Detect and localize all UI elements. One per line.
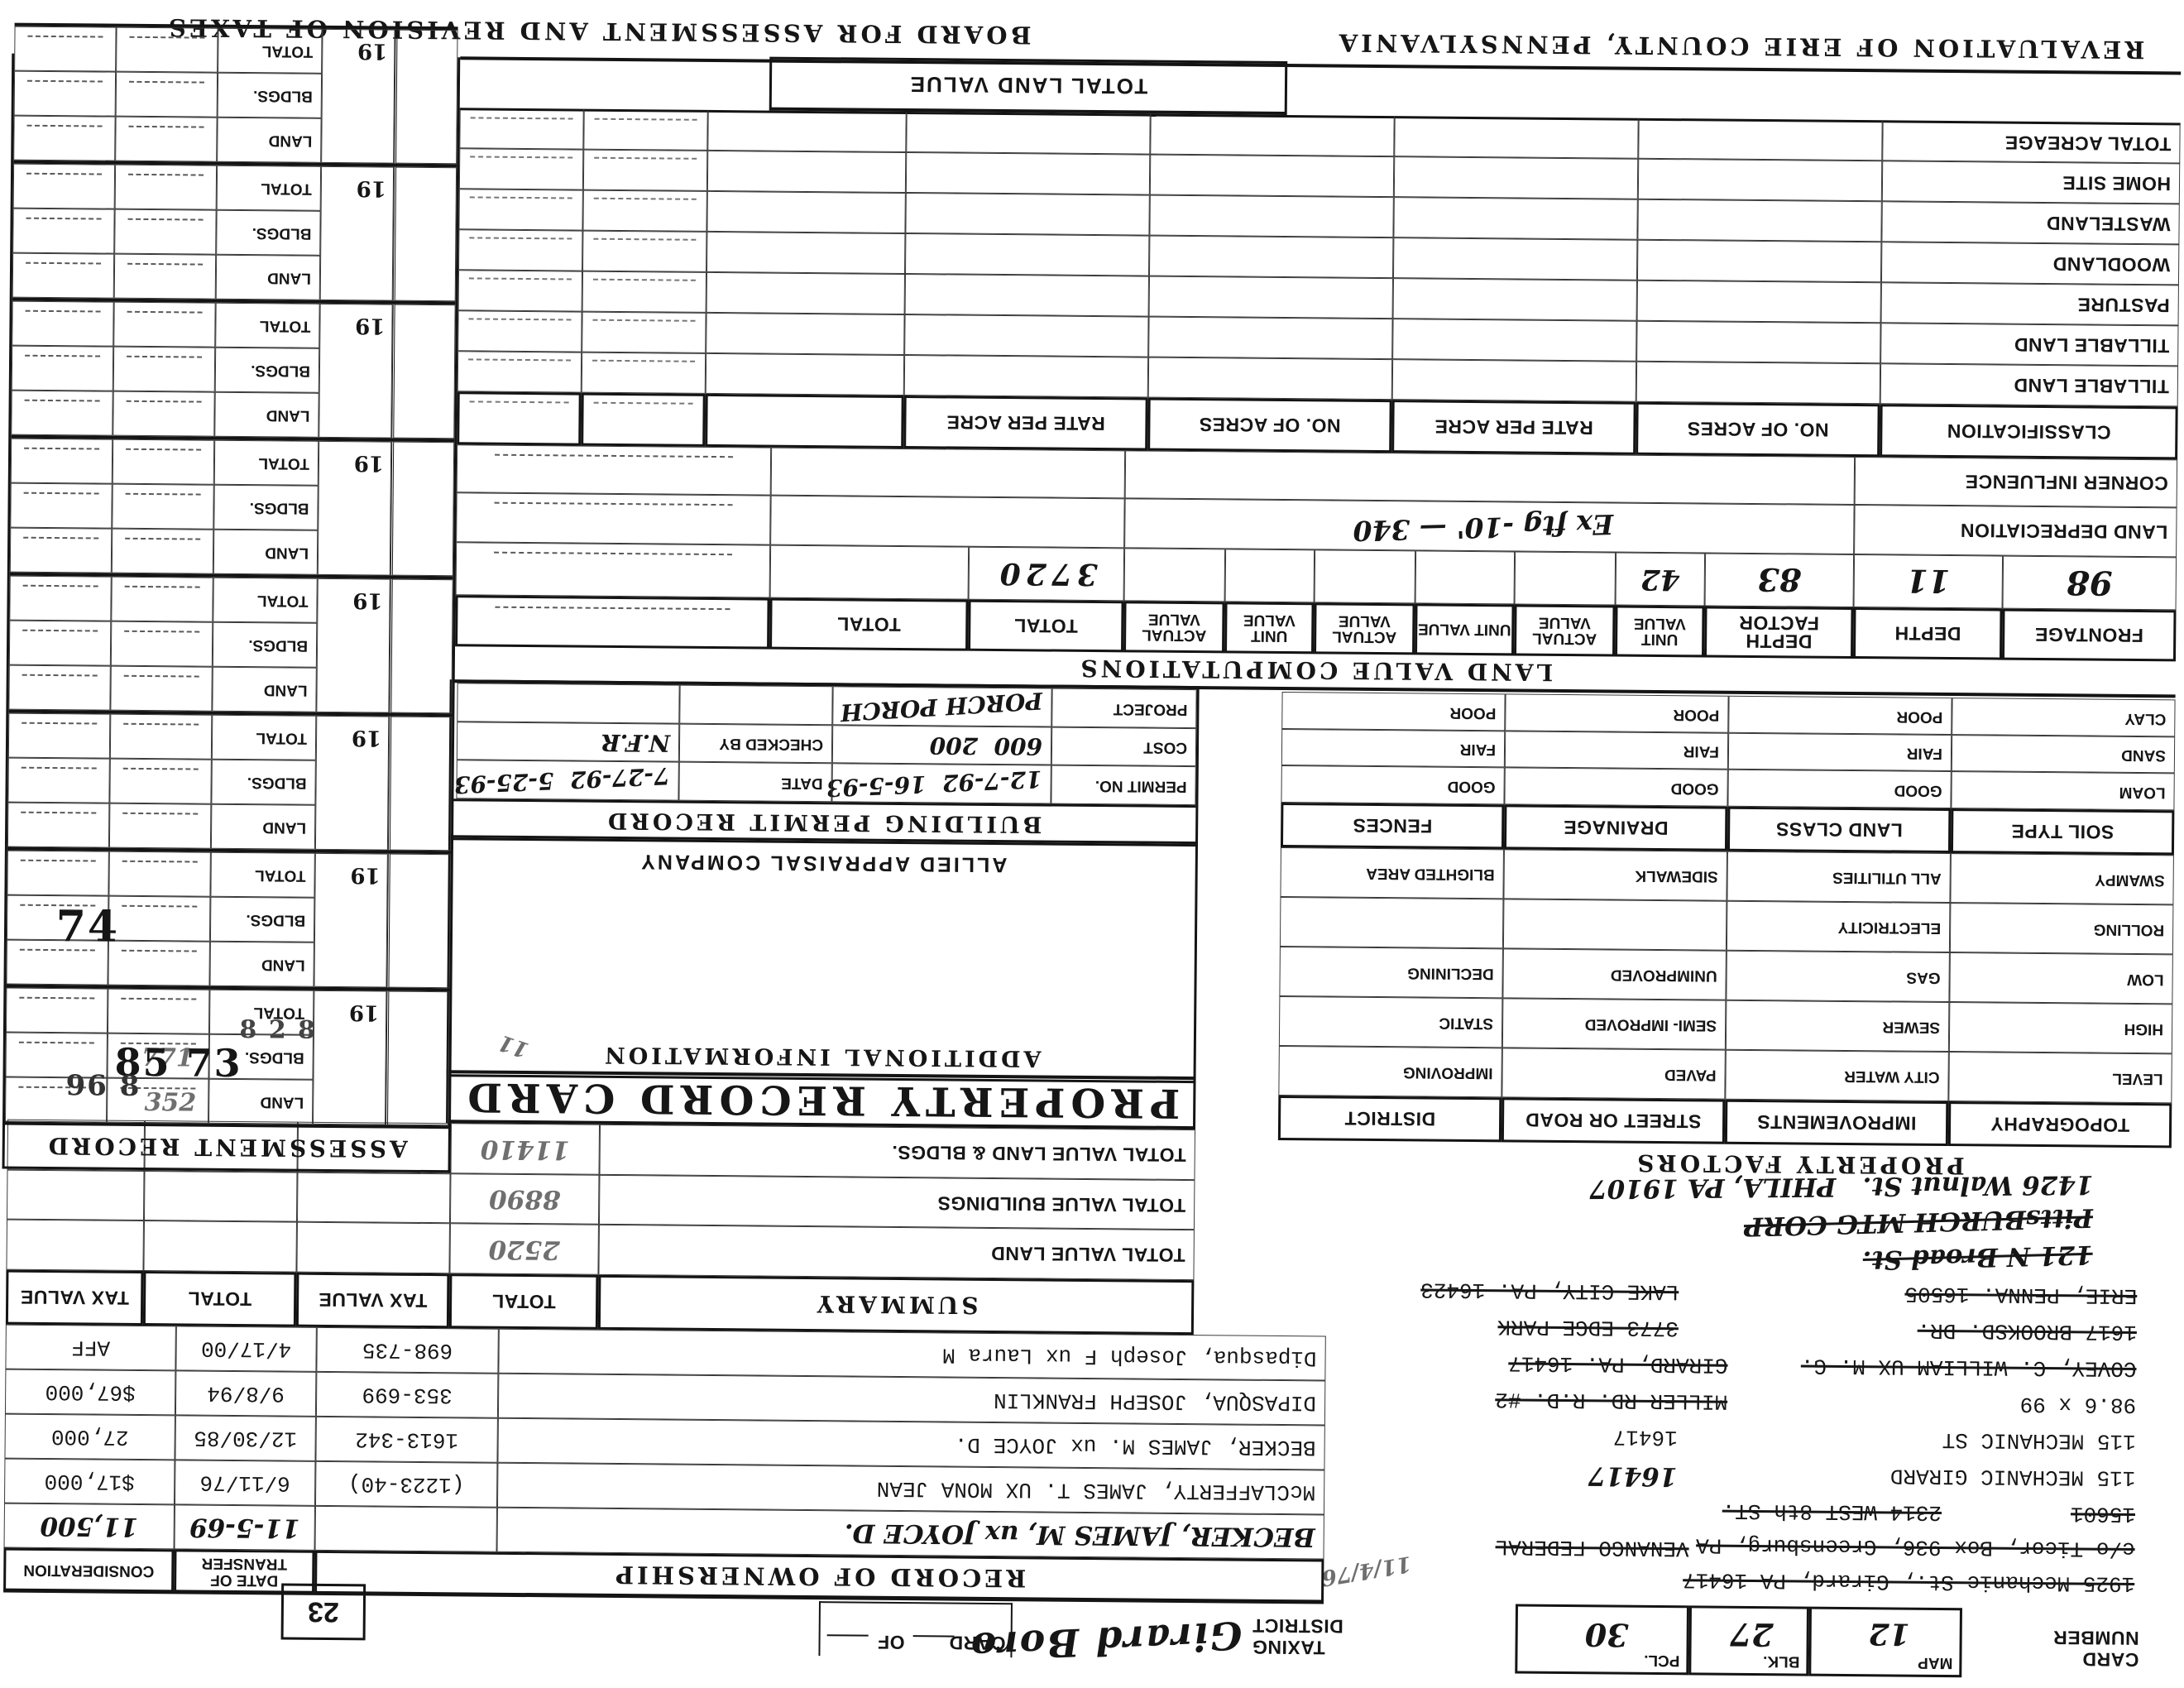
assessment-record-strip: ASSESSMENT RECORD 19 LAND 352 BLDGS. 771… bbox=[2, 54, 461, 1173]
summary-land-total: 2520 bbox=[449, 1224, 599, 1275]
summary-total1-header: TOTAL bbox=[449, 1273, 599, 1330]
ag-cell bbox=[1393, 197, 1637, 240]
permit-project-value-cell: PORCH PORCH bbox=[832, 686, 1051, 727]
consideration-value: AFF bbox=[71, 1335, 110, 1360]
summary-bldg-total-value: 8890 bbox=[489, 1184, 561, 1215]
address-line-old1: 1925 Mechanic St., Girard, PA 16417 bbox=[1683, 1567, 2134, 1596]
consideration-cell: AFF bbox=[5, 1325, 175, 1371]
lvc-total1-value: 3720 bbox=[995, 556, 1099, 592]
factors-h-topography: TOPOGRAPHY bbox=[1948, 1101, 2172, 1148]
factor-static: STATIC bbox=[1279, 996, 1503, 1048]
factor-unimproved: UNIMPROVED bbox=[1502, 948, 1727, 1000]
year-stamp-74: 74 bbox=[55, 901, 119, 952]
card-of-blank2 bbox=[827, 1634, 869, 1636]
assessment-bldgs-val1 bbox=[108, 896, 210, 942]
assessment-bldgs-label: BLDGS. bbox=[211, 760, 315, 805]
assessment-val bbox=[114, 254, 216, 300]
factors-h-street: STREET OR ROAD bbox=[1501, 1097, 1725, 1144]
consideration-cell: 27,000 bbox=[4, 1414, 175, 1460]
lvc-h-actual1: ACTUAL VALUE bbox=[1514, 604, 1616, 656]
lvc-h-depth-factor: DEPTH FACTOR bbox=[1704, 606, 1854, 659]
address-line-old8: ERIE, PENNA. 16505 bbox=[1904, 1282, 2137, 1308]
drainage-fair: FAIR bbox=[1505, 731, 1728, 770]
year-prefix: 19 bbox=[352, 587, 382, 612]
year-prefix: 19 bbox=[357, 38, 387, 63]
lvc-h-total2: TOTAL bbox=[769, 598, 969, 651]
ag-cell bbox=[1636, 362, 1880, 405]
card-of-blank1 bbox=[913, 1635, 955, 1637]
ag-dash-cell bbox=[582, 352, 706, 394]
lvc-unit1-value: 42 bbox=[1640, 563, 1680, 596]
building-permit-box: BUILDING PERMIT RECORD PERMIT NO. 12-7-9… bbox=[448, 679, 1200, 846]
year-prefix: 19 bbox=[349, 1000, 379, 1024]
factor-declining: DECLINING bbox=[1279, 947, 1503, 998]
factors-h-landclass: LAND CLASS bbox=[1727, 807, 1951, 853]
assessment-total-val1 bbox=[108, 989, 209, 1034]
property-factors-table: TOPOGRAPHY IMPROVEMENTS STREET OR ROAD D… bbox=[1278, 692, 2176, 1148]
lvc-actual3-cell bbox=[1124, 548, 1226, 602]
ag-cell bbox=[1150, 155, 1394, 198]
assessment-block: 19 LAND BLDGS. TOTAL bbox=[8, 576, 453, 717]
transfer-date: 6/11/76 bbox=[199, 1470, 290, 1496]
assessment-block: 19 LAND BLDGS. TOTAL 74 bbox=[6, 851, 450, 992]
assessment-val bbox=[112, 529, 213, 574]
lvc-frontage-value: 98 bbox=[2067, 563, 2113, 602]
assessment-bldgs-label: BLDGS. bbox=[213, 622, 317, 668]
lvc-h-unit2: UNIT VALUE bbox=[1415, 603, 1515, 655]
ag-dash-cell bbox=[582, 271, 706, 313]
summary-header-cell: SUMMARY bbox=[598, 1275, 1195, 1335]
assessment-val bbox=[8, 713, 110, 759]
lvc-depth-value: 11 bbox=[1906, 563, 1950, 600]
ag-cell bbox=[1636, 321, 1880, 364]
landclass-good: GOOD bbox=[1727, 770, 1951, 808]
ownership-table: RECORD OF OWNERSHIP DATE OF TRANSFER CON… bbox=[3, 1325, 1326, 1603]
landclass-fair: FAIR bbox=[1728, 733, 1952, 772]
ag-h-rate1: RATE PER ACRE bbox=[1391, 400, 1636, 455]
fences-fair: FAIR bbox=[1281, 729, 1505, 768]
permit-project-label: PROJECT bbox=[1051, 688, 1196, 728]
owner-name: DIPASQUA, JOSEPH FRANKLIN bbox=[994, 1388, 1316, 1415]
assessment-val bbox=[115, 117, 217, 162]
assessment-val bbox=[113, 391, 214, 437]
ag-cell bbox=[1638, 159, 1882, 202]
card-of-card-label: CARD bbox=[949, 1632, 1006, 1655]
year-prefix: 19 bbox=[355, 313, 385, 338]
lvc-grid: FRONTAGE DEPTH DEPTH FACTOR UNIT VALUE A… bbox=[455, 444, 2177, 661]
assessment-land-val1 bbox=[108, 941, 209, 986]
deed-cell: 1613-342 bbox=[315, 1417, 497, 1463]
assessment-spacer bbox=[393, 167, 457, 302]
assessment-val bbox=[110, 714, 212, 760]
summary-total2-header: TOTAL bbox=[143, 1271, 297, 1327]
ag-h-dash1 bbox=[581, 393, 706, 447]
land-depreciation-label: LAND DEPRECIATION bbox=[1854, 505, 2177, 557]
ag-cell bbox=[1149, 276, 1393, 319]
assessment-block: 19 LAND BLDGS. TOTAL bbox=[7, 713, 452, 855]
deed-ref: 1613-342 bbox=[355, 1427, 458, 1452]
permit-title-bar: BUILDING PERMIT RECORD bbox=[451, 798, 1195, 844]
permit-empty1 bbox=[679, 685, 832, 725]
factor-improving: IMPROVING bbox=[1278, 1046, 1502, 1097]
scanned-document-page: CARD NUMBER MAP 12 BLK. 27 PCL. 30 TAXIN… bbox=[0, 0, 2184, 1688]
lvc-h-unit1: UNIT VALUE bbox=[1615, 606, 1705, 658]
assessment-val bbox=[113, 302, 215, 348]
assessment-land-label: LAND bbox=[211, 804, 315, 850]
permit-date-label: DATE bbox=[678, 762, 831, 802]
assessment-spacer bbox=[389, 579, 453, 714]
ag-cell bbox=[1148, 317, 1392, 360]
transfer-date-cell: 12/30/85 bbox=[175, 1415, 315, 1460]
assessment-val bbox=[14, 71, 116, 117]
ag-dash-cell bbox=[457, 310, 582, 352]
assessment-val bbox=[116, 27, 218, 73]
owner-row: BECKER, JAMES M, ux JOYCE D. bbox=[497, 1508, 1324, 1560]
ag-cell bbox=[706, 191, 905, 233]
factors-h-drainage: DRAINAGE bbox=[1504, 804, 1727, 851]
transfer-date: 11-5-69 bbox=[189, 1513, 300, 1543]
factor-electricity: ELECTRICITY bbox=[1727, 901, 1951, 952]
hand-address-pittsburgh: PittsBURGH MTG CORP bbox=[1744, 1202, 2094, 1241]
assessment-val bbox=[109, 803, 211, 849]
ag-cell bbox=[1394, 116, 1638, 159]
factor-level: LEVEL bbox=[1948, 1052, 2172, 1103]
ag-row-homesite: HOME SITE bbox=[1882, 161, 2180, 204]
assessment-val bbox=[112, 484, 213, 530]
assessment-total-label: TOTAL bbox=[215, 303, 319, 348]
permit-no-value: 12-7-92 16-5-93 bbox=[826, 765, 1042, 802]
assessment-land-label: LAND bbox=[217, 117, 321, 163]
transfer-date-cell: 6/11/76 bbox=[175, 1460, 315, 1505]
assessment-bldgs-label: BLDGS. bbox=[215, 348, 319, 393]
ag-cell bbox=[906, 112, 1150, 155]
summary-landbldg-total-value: 11410 bbox=[481, 1134, 570, 1164]
ag-cell bbox=[707, 110, 906, 152]
assessment-total-val1 bbox=[108, 851, 210, 897]
assessment-val bbox=[114, 209, 216, 255]
assessment-val bbox=[11, 439, 113, 484]
ag-cell bbox=[1637, 281, 1881, 324]
assessment-spacer bbox=[391, 305, 455, 439]
transfer-date-cell: 11-5-69 bbox=[175, 1504, 315, 1550]
address-line-old7: 3773 EDGE PARK bbox=[1497, 1314, 1679, 1340]
assessment-total-label: TOTAL bbox=[218, 28, 322, 74]
assessment-val bbox=[111, 577, 213, 622]
owner-address-block: 1925 Mechanic St., Girard, PA 16417 11/4… bbox=[1329, 1172, 2143, 1602]
ag-dash-cell bbox=[457, 351, 582, 392]
address-line-current1-zip: 16417 bbox=[1588, 1460, 1677, 1491]
factor-blighted-area: BLIGHTED AREA bbox=[1280, 847, 1504, 899]
permit-checked-value-cell: N.F.R bbox=[457, 722, 679, 762]
address-line-current2: 115 MECHANIC ST bbox=[1942, 1427, 2136, 1454]
ag-cell bbox=[904, 355, 1148, 398]
fences-poor: POOR bbox=[1281, 692, 1505, 731]
corner-influence-label: CORNER INFLUENCE bbox=[1855, 457, 2177, 507]
ag-cell bbox=[1392, 359, 1636, 402]
assessment-val bbox=[13, 164, 115, 209]
year-prefix: 19 bbox=[354, 450, 384, 475]
address-line-old2-overlay: VENANGO FEDERAL bbox=[1495, 1534, 1688, 1561]
assessment-year-cell: 19 bbox=[318, 304, 392, 439]
permit-cost-value: 600 200 bbox=[930, 731, 1043, 760]
ag-dash-cell bbox=[458, 189, 582, 230]
summary-bldg-label: TOTAL VALUE BUILDINGS bbox=[599, 1175, 1195, 1230]
permit-checked-label: CHECKED BY bbox=[679, 723, 832, 763]
transfer-date-cell: 9/8/94 bbox=[175, 1370, 316, 1416]
summary-land-label: TOTAL VALUE LAND bbox=[598, 1225, 1195, 1280]
assessment-land-label: LAND bbox=[214, 392, 318, 438]
assessment-val bbox=[7, 803, 109, 848]
consideration-cell: $17,000 bbox=[4, 1459, 175, 1505]
property-record-card: CARD NUMBER MAP 12 BLK. 27 PCL. 30 TAXIN… bbox=[2, 4, 2181, 1685]
ag-h-rate2: RATE PER ACRE bbox=[903, 396, 1148, 451]
ag-cell bbox=[1393, 278, 1637, 321]
address-line-old9: LAKE CITY, PA. 16423 bbox=[1420, 1277, 1679, 1304]
assessment-val bbox=[12, 209, 114, 254]
ag-dash-cell bbox=[459, 148, 583, 189]
ownership-header: RECORD OF OWNERSHIP bbox=[612, 1561, 1026, 1592]
assessment-land-label: LAND bbox=[209, 942, 314, 987]
assessment-land-label: LAND bbox=[212, 667, 316, 712]
soil-loam: LOAM bbox=[1951, 771, 2174, 810]
lvc-frontage-cell: 98 bbox=[2003, 556, 2177, 611]
lvc-depth-factor-value: 83 bbox=[1757, 562, 1801, 599]
assessment-block: 19 LAND BLDGS. TOTAL bbox=[10, 439, 454, 580]
summary-land-total-value: 2520 bbox=[488, 1234, 560, 1264]
factor-high: HIGH bbox=[1949, 1002, 2173, 1053]
assessment-val bbox=[8, 665, 110, 711]
assessment-title-bar: ASSESSMENT RECORD bbox=[5, 1125, 448, 1171]
ag-dash-cell bbox=[458, 229, 582, 271]
ag-cell bbox=[1149, 195, 1393, 238]
summary-bldg-tax2 bbox=[7, 1169, 145, 1220]
assessment-total-label: TOTAL bbox=[217, 165, 321, 211]
ag-row-pasture: PASTURE bbox=[1881, 282, 2179, 325]
year-prefix: 19 bbox=[352, 725, 381, 750]
year-prefix: 19 bbox=[357, 175, 386, 200]
owner-row: McCLAFFERTY, JAMES T. UX MONA JEAN bbox=[497, 1463, 1324, 1515]
ag-cell bbox=[905, 233, 1149, 276]
consideration-cell: 11,500 bbox=[4, 1503, 175, 1550]
permit-title: BUILDING PERMIT RECORD bbox=[605, 808, 1042, 837]
ownership-header-cell: RECORD OF OWNERSHIP bbox=[314, 1551, 1324, 1603]
lvc-depth-factor-cell: 83 bbox=[1705, 553, 1855, 607]
factor-semi-improved: SEMI- IMPROVED bbox=[1502, 998, 1727, 1049]
assessment-total-val2 bbox=[6, 988, 108, 1033]
blk-label: BLK. bbox=[1763, 1652, 1800, 1670]
permit-no-value-cell: 12-7-92 16-5-93 bbox=[831, 764, 1051, 804]
factor-empty1 bbox=[1503, 899, 1727, 950]
factor-paved: PAVED bbox=[1501, 1048, 1726, 1099]
map-cell: MAP 12 bbox=[1808, 1607, 1962, 1678]
blk-value: 27 bbox=[1730, 1616, 1774, 1653]
soil-clay: CLAY bbox=[1952, 698, 2175, 736]
map-blk-pcl-group: MAP 12 BLK. 27 PCL. 30 bbox=[1515, 1604, 1962, 1678]
assessment-block: 19 LAND BLDGS. TOTAL bbox=[12, 164, 457, 305]
additional-info-box: ADDITIONAL INFORMATION ALLIED APPRAISAL … bbox=[447, 835, 1199, 1083]
owner-row: BECKER, JAMES M. ux JOYCE D. bbox=[497, 1418, 1324, 1470]
ag-dash-cell bbox=[582, 231, 706, 272]
summary-land-tax bbox=[296, 1222, 450, 1273]
card-of-of-label: OF bbox=[878, 1631, 905, 1653]
owner-row: Dipasqua, Joseph F ux Laura M bbox=[498, 1329, 1325, 1381]
assessment-val bbox=[116, 72, 218, 117]
ag-h-blank1 bbox=[705, 394, 904, 448]
ag-row-total-acreage: TOTAL ACREAGE bbox=[1882, 120, 2180, 163]
pcl-cell: PCL. 30 bbox=[1515, 1604, 1689, 1676]
ag-cell bbox=[1393, 237, 1637, 281]
ag-dash-cell bbox=[582, 312, 706, 353]
transfer-date: 9/8/94 bbox=[207, 1381, 285, 1407]
ag-cell bbox=[1394, 156, 1638, 199]
lvc-unit1-cell: 42 bbox=[1616, 553, 1706, 607]
assessment-val bbox=[10, 528, 112, 573]
address-line-old3b: 2314 WEST 8th ST. bbox=[1722, 1499, 1942, 1525]
lvc-h-blank bbox=[455, 595, 770, 649]
soil-sand: SAND bbox=[1952, 735, 2175, 774]
land-depreciation-value: Ex ftg -10' — 340 bbox=[1353, 508, 1614, 547]
lvc-actual1-cell bbox=[1515, 551, 1616, 605]
ag-cell bbox=[1150, 114, 1394, 157]
taxing-district-label: TAXING DISTRICT bbox=[1252, 1615, 1351, 1659]
corner-influence-total bbox=[771, 448, 1125, 499]
lvc-h-total1: TOTAL bbox=[968, 600, 1124, 653]
address-line-current1: 115 MECHANIC GIRARD bbox=[1890, 1463, 2136, 1490]
deed-cell bbox=[315, 1506, 497, 1552]
assessment-total-label: TOTAL bbox=[212, 715, 316, 760]
consideration-cell: $67,000 bbox=[5, 1369, 175, 1416]
map-label: MAP bbox=[1918, 1653, 1952, 1671]
address-line-old2: c/o Ticor, Box 936, Greensburg, PA bbox=[1696, 1532, 2135, 1561]
ag-cell bbox=[906, 152, 1150, 195]
factor-sewer: SEWER bbox=[1726, 1000, 1950, 1052]
assessment-val bbox=[7, 758, 109, 803]
permit-checked-value: N.F.R bbox=[601, 728, 670, 756]
deed-cell: (1223-40) bbox=[315, 1461, 497, 1508]
ag-dash-cell bbox=[582, 190, 706, 232]
assessment-bldgs-label: BLDGS. bbox=[218, 73, 322, 118]
assessment-spacer bbox=[388, 717, 452, 851]
factors-h-soil: SOIL TYPE bbox=[1951, 808, 2174, 855]
ag-cell bbox=[706, 232, 905, 274]
factor-all-utilities: ALL UTILITIES bbox=[1727, 851, 1951, 903]
factor-empty2 bbox=[1280, 897, 1504, 948]
lvc-actual2-cell bbox=[1315, 549, 1416, 603]
card-number-label: CARD NUMBER bbox=[2014, 1627, 2138, 1671]
year-prefix: 19 bbox=[350, 862, 380, 887]
assessment-spacer bbox=[386, 991, 449, 1126]
permit-no-label: PERMIT NO. bbox=[1051, 765, 1195, 805]
lvc-h-actual3: ACTUAL VALUE bbox=[1123, 601, 1225, 653]
summary-land-tax2 bbox=[6, 1220, 144, 1271]
lvc-h-actual2: ACTUAL VALUE bbox=[1314, 602, 1415, 655]
summary-land-total2 bbox=[143, 1220, 297, 1272]
factor-low: LOW bbox=[1949, 952, 2173, 1004]
assessment-val bbox=[12, 301, 113, 347]
ag-dash-cell bbox=[459, 108, 583, 149]
ag-cell bbox=[1148, 357, 1392, 400]
ag-cell bbox=[905, 274, 1149, 317]
consideration-value: 11,500 bbox=[40, 1511, 138, 1542]
footer-revaluation: REVALUATION OF ERIE COUNTY, PENNSYLVANIA bbox=[1336, 29, 2145, 65]
assessment-block: 19 LAND BLDGS. TOTAL bbox=[13, 23, 457, 168]
assessment-bldgs-label: BLDGS. bbox=[213, 485, 318, 530]
assessment-val bbox=[109, 759, 211, 804]
assessment-land-label: LAND bbox=[216, 255, 320, 300]
permit-grid: PERMIT NO. 12-7-92 16-5-93 DATE 7-27-92 … bbox=[451, 683, 1196, 805]
assessment-val bbox=[111, 621, 213, 667]
address-line-old3: 15601 bbox=[2071, 1501, 2135, 1527]
land-classification-table: CLASSIFICATION NO. OF ACRES RATE PER ACR… bbox=[457, 108, 2180, 459]
pcl-label: PCL. bbox=[1644, 1651, 1679, 1669]
ag-row-wasteland: WASTELAND bbox=[1881, 201, 2179, 244]
transfer-date: 4/17/00 bbox=[201, 1336, 291, 1362]
lvc-h-unit3: UNIT VALUE bbox=[1224, 602, 1315, 654]
assessment-val bbox=[13, 116, 115, 161]
drainage-good: GOOD bbox=[1504, 768, 1727, 807]
ag-cell bbox=[706, 313, 904, 355]
summary-header: SUMMARY bbox=[814, 1291, 979, 1320]
permit-date-value: 7-27-92 5-25-93 bbox=[453, 762, 670, 798]
assessment-year-cell: 19 bbox=[313, 990, 386, 1125]
assessment-total-val2 bbox=[7, 851, 108, 896]
ag-cell bbox=[904, 314, 1148, 357]
transfer-date-cell: 4/17/00 bbox=[175, 1326, 316, 1371]
lvc-unit3-cell bbox=[1225, 549, 1315, 602]
owner-name: McCLAFFERTY, JAMES T. UX MONA JEAN bbox=[877, 1476, 1316, 1505]
factor-gas: GAS bbox=[1726, 951, 1950, 1002]
assessment-block: 19 LAND 352 BLDGS. 771 TOTAL 85 73 96 8 … bbox=[5, 988, 449, 1129]
address-line-old6: 1617 BROOKSD. DR. bbox=[1918, 1318, 2138, 1345]
assessment-spacer bbox=[386, 854, 450, 989]
factors-h-improvements: IMPROVEMENTS bbox=[1725, 1100, 1948, 1146]
lvc-title: LAND VALUE COMPUTATIONS bbox=[1077, 655, 1553, 686]
lvc-cornerblank bbox=[457, 444, 771, 495]
ag-dash-cell bbox=[458, 270, 582, 311]
ag-row-tillable1: TILLABLE LAND bbox=[1880, 363, 2178, 406]
assessment-spacer bbox=[394, 30, 457, 165]
summary-bldg-tax bbox=[297, 1172, 451, 1223]
assessment-year-cell: 19 bbox=[318, 441, 391, 576]
owner-name: BECKER, JAMES M, ux JOYCE D. bbox=[845, 1518, 1315, 1551]
land-depreciation-total bbox=[770, 496, 1125, 549]
assessment-val bbox=[113, 439, 214, 485]
owner-name: BECKER, JAMES M. ux JOYCE D. bbox=[955, 1432, 1316, 1460]
ag-cell bbox=[905, 193, 1149, 236]
factors-h-fences: FENCES bbox=[1281, 803, 1504, 849]
address-line-current2-zip: 16417 bbox=[1613, 1425, 1678, 1451]
permit-cost-label: COST bbox=[1051, 727, 1196, 766]
lvc-depblank bbox=[456, 492, 771, 544]
assessment-year-cell: 19 bbox=[320, 166, 394, 301]
year-stamp-8-2-8: 8 2 8 bbox=[239, 1015, 317, 1045]
property-factors-title: PROPERTY FACTORS bbox=[1634, 1149, 1965, 1179]
ag-dash-cell bbox=[583, 109, 707, 151]
corner-influence-cell bbox=[1125, 450, 1855, 505]
assessment-val bbox=[110, 666, 212, 712]
blk-cell: BLK. 27 bbox=[1688, 1605, 1809, 1676]
lvc-h-frontage: FRONTAGE bbox=[2002, 609, 2177, 662]
ag-cell bbox=[1392, 319, 1636, 362]
deed-ref: 353-699 bbox=[362, 1382, 452, 1407]
date-of-transfer-header: DATE OF TRANSFER bbox=[174, 1549, 314, 1593]
drainage-poor: POOR bbox=[1505, 694, 1728, 733]
assessment-total-label: TOTAL bbox=[214, 440, 318, 486]
address-line-old4: MILLER RD. R.D. #2 bbox=[1495, 1387, 1727, 1413]
assessment-val bbox=[11, 391, 113, 436]
assessment-val bbox=[113, 347, 215, 392]
assessment-val bbox=[9, 621, 111, 666]
